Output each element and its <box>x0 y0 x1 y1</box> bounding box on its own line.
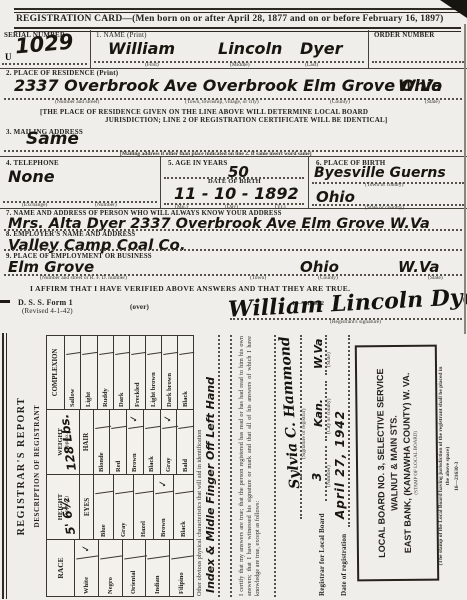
race-header: RACE <box>47 540 75 596</box>
row-phone-age-birth: 4. TELEPHONE None (Exchange) (Number) 5.… <box>0 156 467 209</box>
checkmark-icon <box>80 335 97 355</box>
registrar-signature-sub: (Signature of registrar) <box>301 409 307 459</box>
employment-sub-street: (Number and street or R. F. D. number) <box>40 275 127 281</box>
weight-header-cell: WEIGHT (Approx.) 128 Lbs. <box>47 410 80 474</box>
eyes-row-label: Hazel <box>140 493 147 539</box>
write-line <box>348 335 350 527</box>
employment-sub-town: (Town) <box>250 275 266 281</box>
residence-notice-2: JURISDICTION; LINE 2 OF REGISTRATION CER… <box>105 116 387 124</box>
board-city-value: Kan. <box>312 399 325 427</box>
checkmark-icon <box>143 409 161 429</box>
hair-row: Red <box>110 410 127 474</box>
board-label: Registrar for Local Board <box>318 513 326 596</box>
residence-sub-state: (State) <box>425 99 440 105</box>
checkmark-icon <box>113 474 134 494</box>
residence-sub-street: (Number and street) <box>55 99 99 105</box>
write-line <box>218 335 220 597</box>
checkmark-icon <box>173 474 194 494</box>
other-characteristics-label: Other obvious physical characteristics t… <box>196 430 203 596</box>
complexion-row-label: Light <box>85 354 92 409</box>
checkmark-icon: ✓ <box>74 538 99 559</box>
name-last-value: Dyer <box>300 39 342 58</box>
serial-prefix: U <box>5 52 12 62</box>
scan-artifact-edge-dash <box>0 300 10 303</box>
race-row-label: Filipino <box>178 558 185 596</box>
checkmark-icon <box>109 409 127 429</box>
card-front: REGISTRATION CARD—(Men born on or after … <box>0 6 467 332</box>
eyes-row-label: Black <box>180 493 187 539</box>
complexion-row: Sallow <box>65 336 81 409</box>
eyes-row-label: Brown <box>160 493 167 539</box>
eyes-header: EYES <box>80 475 94 539</box>
complexion-row-label: Dark <box>118 354 125 409</box>
checkmark-icon <box>145 538 170 559</box>
complexion-row: Dark <box>114 336 130 409</box>
checkmark-icon <box>133 474 154 494</box>
board-state-sub: (State) <box>326 352 332 367</box>
height-eyes-column: HEIGHT (Approx.) 5' 6½ EYES Blue Gray Ha… <box>47 475 193 540</box>
race-row: White✓ <box>75 540 99 596</box>
local-board-stamp: LOCAL BOARD NO. 3, SELECTIVE SERVICE WAL… <box>355 345 439 582</box>
checkmark-icon: ✓ <box>126 409 144 429</box>
height-value: 5' 6½ <box>58 497 78 536</box>
complexion-row: Light <box>81 336 97 409</box>
telephone-label: 4. TELEPHONE <box>6 159 59 167</box>
mailing-value: Same <box>26 129 79 149</box>
race-row-label: Negro <box>107 558 114 596</box>
race-row-label: White <box>83 558 90 596</box>
serial-number-value: 1029 <box>14 29 74 58</box>
other-characteristics-value: Index & Midle Finger Off Left Hand <box>204 377 217 593</box>
row-residence: 2. PLACE OF RESIDENCE (Print) 2337 Overb… <box>0 68 467 126</box>
checkmark-icon <box>96 335 113 355</box>
divider <box>368 30 369 68</box>
dob-value: 11 - 10 - 1892 <box>174 184 299 203</box>
checkmark-icon <box>176 409 194 429</box>
checkmark-icon <box>161 335 178 355</box>
write-line <box>230 335 232 597</box>
complexion-row-label: Dark brown <box>166 354 173 409</box>
complexion-column: COMPLEXION Sallow Light Ruddy Dark Freck… <box>47 336 193 410</box>
hair-row-label: Black <box>148 428 155 474</box>
board-city-sub: (City or county) <box>326 399 332 434</box>
print-code-back: 16—21630-3 <box>454 462 460 491</box>
complexion-row-label: Freckled <box>134 354 141 409</box>
hair-row: Blonde <box>94 410 111 474</box>
checkmark-icon: ✓ <box>159 409 177 429</box>
residence-sub-town: (Town, township, village, or city) <box>185 99 259 105</box>
report-title: REGISTRAR'S REPORT <box>16 333 27 599</box>
complexion-row-label: Light brown <box>150 354 157 409</box>
residence-notice-1: [THE PLACE OF RESIDENCE GIVEN ON THE LIN… <box>40 108 368 116</box>
birthplace-town-sub: (Town or county) <box>365 182 403 188</box>
weight-value: 128 Lbs. <box>57 413 79 472</box>
form-revised: (Revised 4-1-42) <box>22 307 73 315</box>
complexion-row: Dark brown <box>162 336 178 409</box>
weight-hair-column: WEIGHT (Approx.) 128 Lbs. HAIR Blonde Re… <box>47 410 193 475</box>
affirmation-text: I AFFIRM THAT I HAVE VERIFIED ABOVE ANSW… <box>30 284 350 293</box>
write-line <box>372 61 464 63</box>
race-column: RACE White✓ Negro Oriental Indian Filipi… <box>47 540 193 596</box>
stamp-line-2: WALNUT & MAIN STS. <box>388 415 399 511</box>
write-line <box>94 61 364 63</box>
checkmark-icon: ✓ <box>153 474 174 494</box>
height-header-cell: HEIGHT (Approx.) 5' 6½ <box>47 475 80 539</box>
board-number-sub: (Number) <box>326 465 332 487</box>
registrar-certification-text: I certify that my answers are true; that… <box>238 336 262 596</box>
birthplace-town-value: Byesville Guerns <box>314 165 446 181</box>
hair-row-label: Gray <box>165 428 172 474</box>
race-row: Filipino <box>170 540 193 596</box>
eyes-row-label: Blue <box>100 493 107 539</box>
race-row: Negro <box>99 540 123 596</box>
row-serial-name-order: SERIAL NUMBER U 1029 1. NAME (Print) Wil… <box>0 30 467 68</box>
registrant-signature-sub: (Registrant's signature) <box>330 319 381 325</box>
registration-card-scan: REGISTRATION CARD—(Men born on or after … <box>0 0 467 600</box>
hair-row-label: Red <box>115 428 122 474</box>
race-row: Oriental <box>123 540 147 596</box>
eyes-row: Black <box>174 475 193 539</box>
checkmark-icon <box>112 335 129 355</box>
hair-row: Black <box>144 410 161 474</box>
board-state-value: W.Va <box>312 339 325 369</box>
complexion-row-label: Sallow <box>69 354 76 409</box>
hair-row-label: Brown <box>131 428 138 474</box>
employment-sub-state: (State) <box>428 275 443 281</box>
name-label: 1. NAME (Print) <box>96 31 147 39</box>
row-mailing: 3. MAILING ADDRESS Same [Mailing address… <box>0 126 467 156</box>
hair-row: Brown✓ <box>127 410 144 474</box>
hair-row: Gray✓ <box>161 410 178 474</box>
divider <box>90 30 91 68</box>
residence-sub-county: (County) <box>330 99 350 105</box>
checkmark-icon <box>98 538 123 559</box>
write-line <box>2 63 87 65</box>
hair-row-label: Blonde <box>98 428 105 474</box>
board-number-value: 3 <box>310 473 324 481</box>
complexion-row: Light brown <box>146 336 162 409</box>
row-employer: 8. EMPLOYER'S NAME AND ADDRESS Valley Ca… <box>0 230 467 252</box>
top-rule <box>14 8 461 13</box>
write-line <box>4 249 462 251</box>
hair-header: HAIR <box>80 410 94 474</box>
checkmark-icon <box>92 409 110 429</box>
checkmark-icon <box>145 335 162 355</box>
eyes-row: Brown✓ <box>154 475 174 539</box>
complexion-header: COMPLEXION <box>47 336 65 409</box>
eyes-row: Gray <box>114 475 134 539</box>
write-line <box>274 335 276 597</box>
registration-date-label: Date of registration <box>340 534 348 596</box>
eyes-row: Hazel <box>134 475 154 539</box>
registrars-report-page: REGISTRAR'S REPORT DESCRIPTION OF REGIST… <box>0 333 464 599</box>
name-first-value: William <box>108 39 175 58</box>
complexion-row-label: Ruddy <box>102 354 109 409</box>
employment-sub-county: (County) <box>318 275 338 281</box>
form-number: D. S. S. Form 1 <box>18 298 73 307</box>
registration-date-value: April 27, 1942 <box>333 410 347 519</box>
checkmark-icon <box>169 538 194 559</box>
order-number-label: ORDER NUMBER <box>374 31 435 39</box>
row-employment: 9. PLACE OF EMPLOYMENT OR BUSINESS Elm G… <box>0 252 467 282</box>
complexion-row: Freckled <box>130 336 146 409</box>
name-middle-value: Lincoln <box>218 39 282 58</box>
race-row: Indian <box>146 540 170 596</box>
residence-state-value: W.Va <box>398 76 442 95</box>
stamp-line-3: EAST BANK, (KANAWHA COUNTY) W. VA. <box>401 373 413 554</box>
stamp-line-1: LOCAL BOARD NO. 3, SELECTIVE SERVICE <box>375 369 387 558</box>
checkmark-icon <box>177 335 194 355</box>
divider <box>160 157 161 209</box>
telephone-value: None <box>8 167 55 186</box>
over-label: (over) <box>130 303 149 311</box>
complexion-row: Black <box>178 336 193 409</box>
age-label: 5. AGE IN YEARS <box>168 159 228 167</box>
residence-value: 2337 Overbrook Ave Overbrook Elm Grove O… <box>14 76 442 95</box>
checkmark-icon <box>93 474 114 494</box>
scan-artifact-right-edge <box>464 24 466 334</box>
description-table: RACE White✓ Negro Oriental Indian Filipi… <box>46 335 194 597</box>
complexion-row-label: Black <box>182 354 189 409</box>
row-contact: 7. NAME AND ADDRESS OF PERSON WHO WILL A… <box>0 208 467 231</box>
hair-row: Bald <box>177 410 193 474</box>
card-title: REGISTRATION CARD—(Men born on or after … <box>16 14 443 24</box>
divider <box>308 157 309 209</box>
race-row-label: Indian <box>154 558 161 596</box>
race-row-label: Oriental <box>130 558 137 596</box>
report-subtitle: DESCRIPTION OF REGISTRANT <box>33 333 41 599</box>
checkmark-icon <box>121 538 146 559</box>
registrars-report-rotated-section: REGISTRAR'S REPORT DESCRIPTION OF REGIST… <box>0 333 467 600</box>
eyes-row-label: Gray <box>120 493 127 539</box>
report-top-rule <box>2 333 7 599</box>
card-footer: D. S. S. Form 1 (Revised 4-1-42) (over) … <box>0 294 467 332</box>
hair-row-label: Bald <box>182 428 189 474</box>
stamp-of-local-board-sub: (STAMP OF LOCAL BOARD) <box>413 431 419 495</box>
eyes-row: Blue <box>94 475 114 539</box>
stamp-caption: (The stamp of the Local Board having jur… <box>438 366 452 566</box>
complexion-row: Ruddy <box>98 336 114 409</box>
checkmark-icon <box>129 335 146 355</box>
